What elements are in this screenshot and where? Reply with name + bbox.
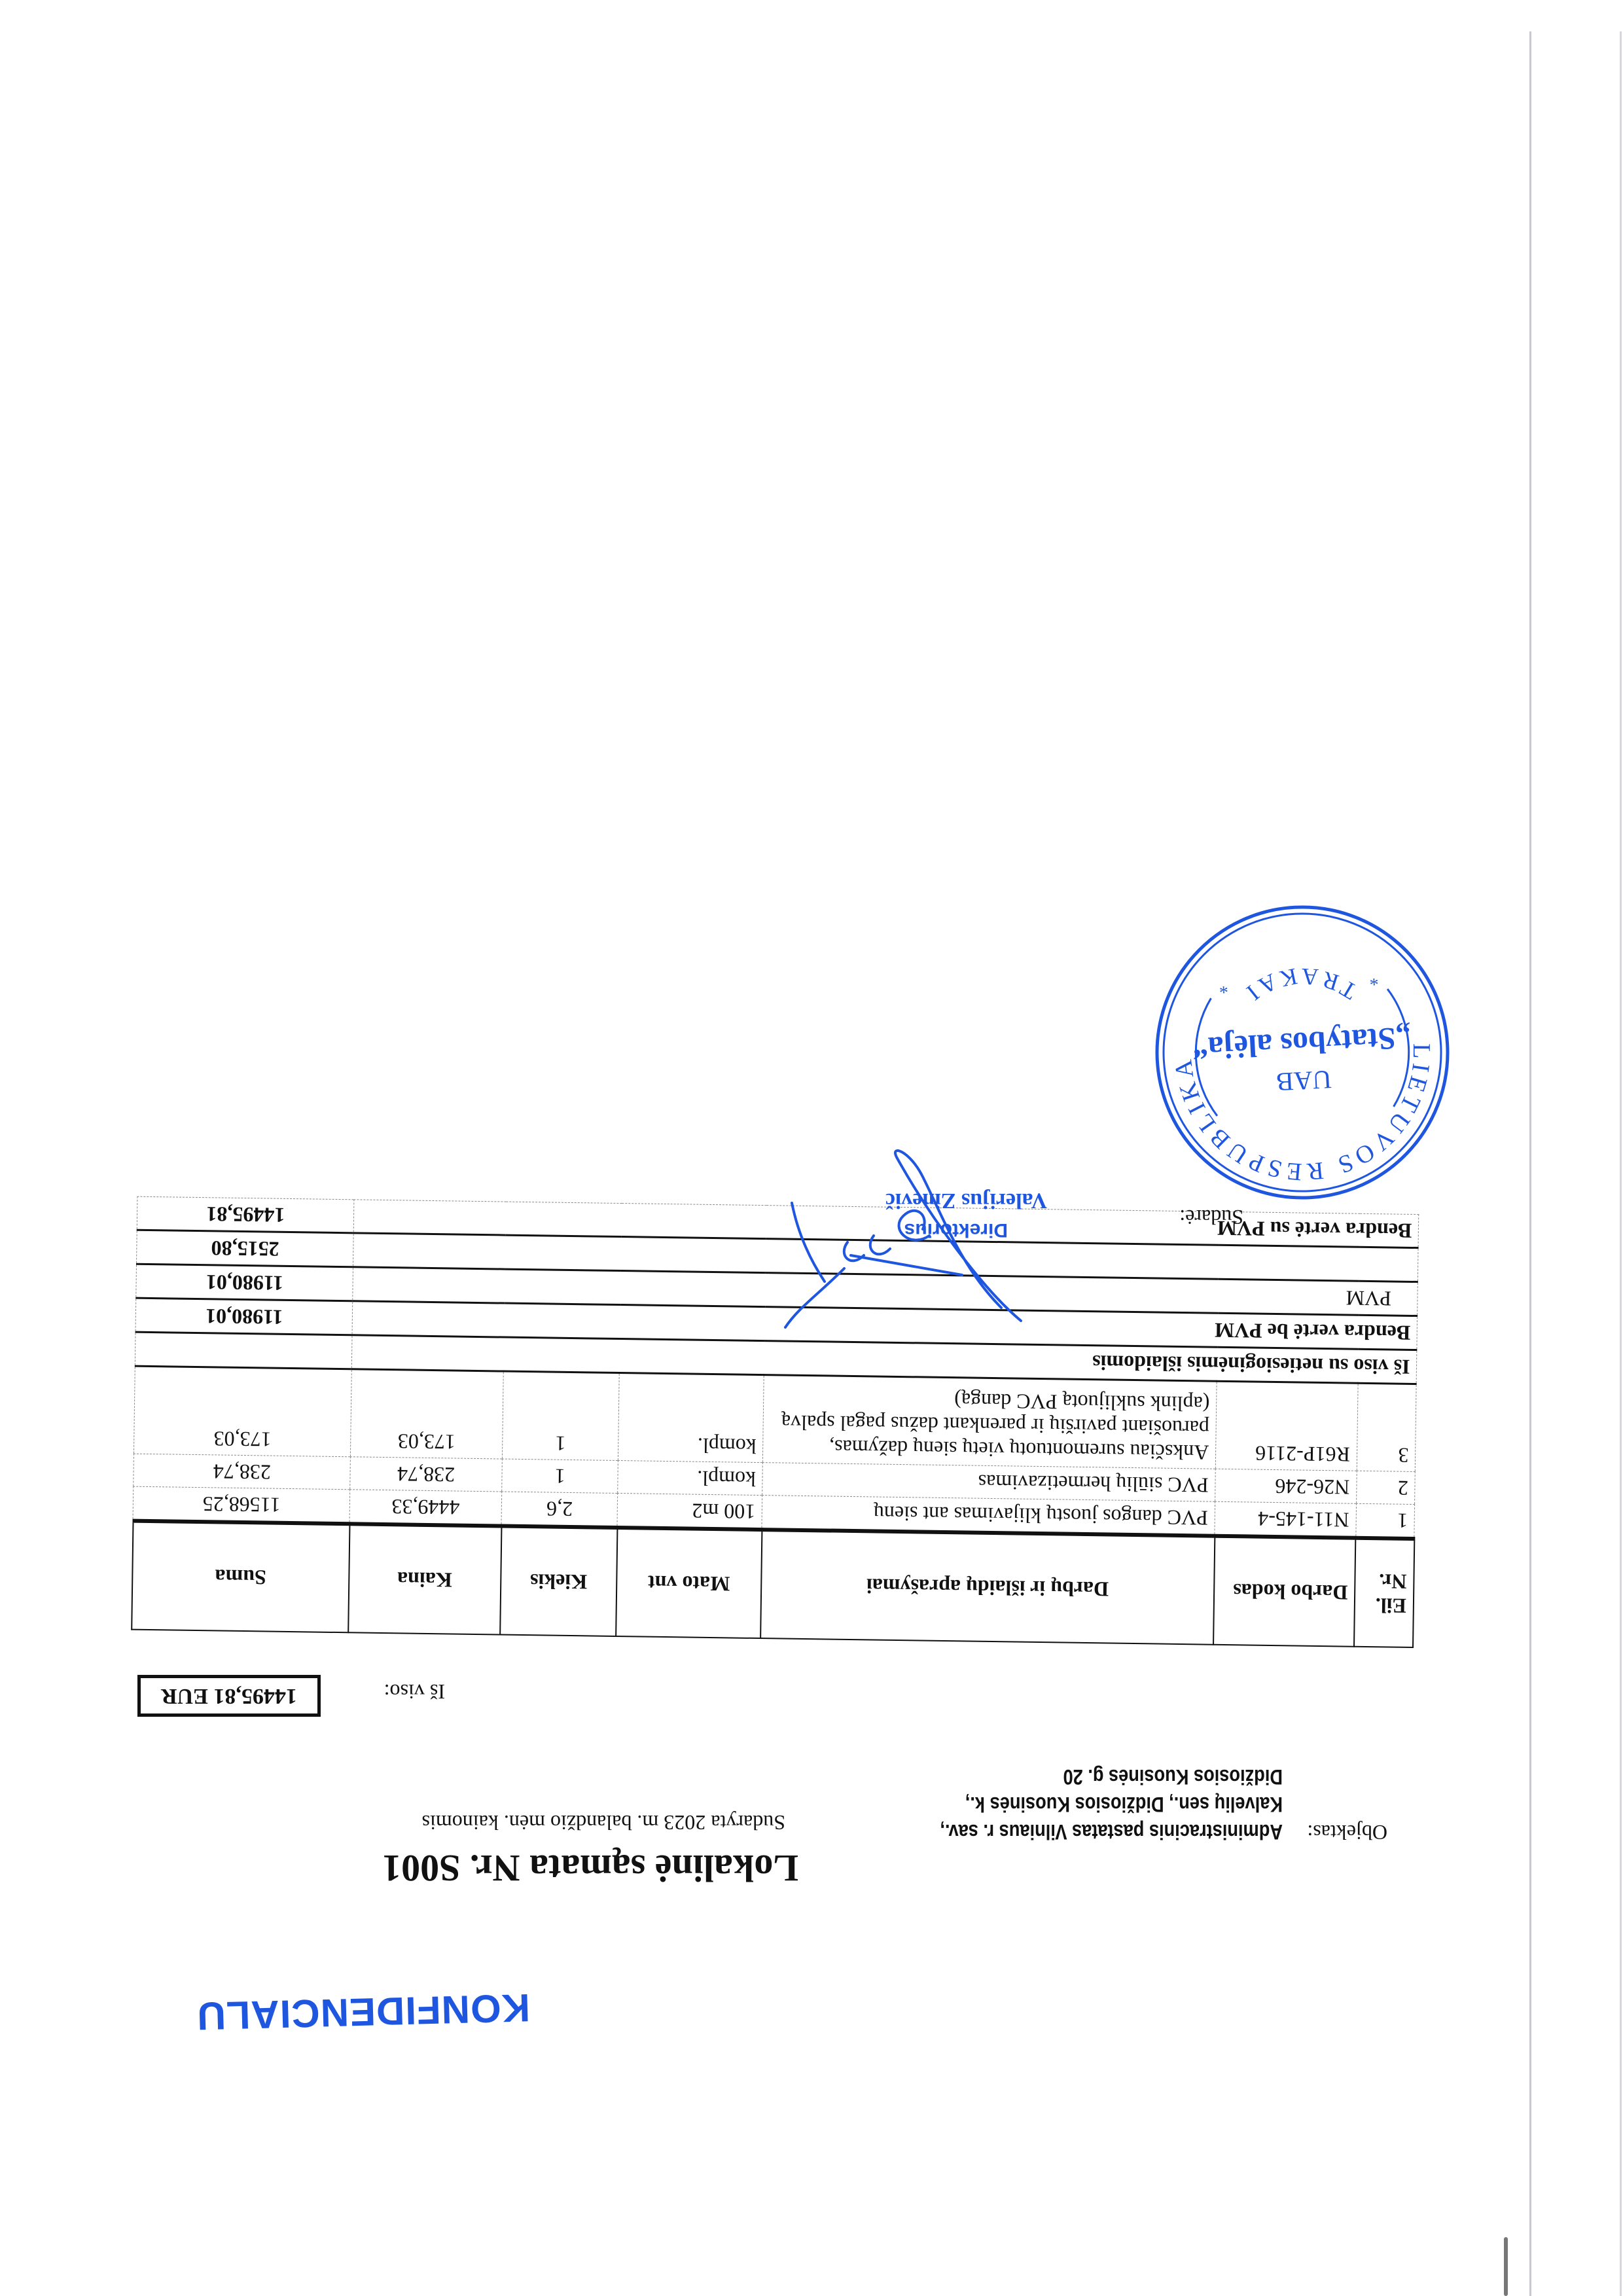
staple-mark [1504,2237,1508,2296]
signer-name: Valerijus Zinevič [885,1188,1047,1213]
scan-artifact-line [1529,31,1531,2296]
table-row: 3 R61P-2116 Anksčiau suremontuotų vietų … [134,1366,1417,1471]
scanned-page: KONFIDENCIALU Objektas: Administracinis … [0,0,1623,2296]
cell-price: 173,03 [350,1369,503,1459]
cell-nr: 2 [1356,1471,1415,1504]
header-quantity: Kiekis [500,1526,618,1636]
seal-star-icon: * [1368,969,1379,990]
total-label: Iš viso: [384,1679,445,1704]
scan-artifact-line [1620,31,1622,2296]
seal-company-type: UAB [1275,1065,1332,1097]
header-description: Darbų ir išlaidų aprašymai [760,1530,1215,1645]
object-line: Kalvelių sen., Didžiosios Kuosinės k., [893,1791,1283,1818]
object-address: Administracinis pastatas Vilniaus r. sav… [893,1763,1283,1846]
seal-city-text: TRAKAI [1236,960,1363,1011]
cell-code: R61P-2116 [1215,1381,1357,1471]
header-nr: Eil. Nr. [1354,1538,1414,1647]
cell-price: 238,74 [350,1457,503,1492]
svg-text:TRAKAI: TRAKAI [1236,960,1363,1011]
header-code: Darbo kodas [1213,1536,1356,1647]
total-value-box: 14495,81 EUR [137,1675,321,1717]
table-header-row: Eil. Nr. Darbo kodas Darbų ir išlaidų ap… [132,1521,1414,1647]
cell-unit: kompl. [618,1373,764,1463]
cell-sum: 11568,25 [134,1486,350,1524]
header-price: Kaina [348,1524,501,1634]
cell-description: Anksčiau suremontuotų vietų sienų dažyma… [763,1375,1217,1469]
signature-icon [772,1138,1060,1347]
signer-title: Direktorius [904,1219,1008,1241]
seal-star-icon: * [1219,977,1229,997]
document-title: Lokalinė sąmata Nr. S001 [382,1846,798,1890]
cell-sum: 173,03 [134,1366,351,1457]
object-label: Objektas: [1307,1820,1387,1844]
cell-nr: 3 [1357,1383,1417,1471]
cell-price: 4449,33 [349,1490,502,1526]
summary-value: 2515,80 [137,1230,353,1267]
header-unit: Mato vnt [616,1528,762,1638]
cell-nr: 1 [1356,1503,1415,1539]
cell-quantity: 2,6 [501,1492,618,1528]
object-line: Didžiosios Kuosinės g. 20 [893,1763,1283,1791]
confidential-stamp: KONFIDENCIALU [222,1985,531,2038]
cell-code: N11-145-4 [1215,1501,1356,1538]
summary-value: 14495,81 [137,1196,354,1233]
cell-unit: 100 m2 [617,1494,762,1530]
cell-description: PVC dangos juostų klijavimas ant sienų [762,1496,1215,1536]
seal-company-name: „Statybos alėja“ [1192,1020,1412,1066]
header-sum: Suma [132,1521,349,1633]
company-seal-icon: LIETUVOS RESPUBLIKA UAB „Statybos alėja“… [1144,894,1460,1210]
cell-quantity: 1 [502,1459,618,1493]
cell-code: N26-246 [1215,1469,1357,1503]
cell-unit: kompl. [618,1461,763,1496]
document-subtitle: Sudaryta 2023 m. balandžio mėn. kainomis [422,1810,785,1835]
cell-sum: 238,74 [134,1454,350,1490]
cell-quantity: 1 [502,1371,619,1460]
object-line: Administracinis pastatas Vilniaus r. sav… [893,1818,1283,1846]
cell-description: PVC siūlių hermetizavimas [762,1463,1215,1502]
summary-value: 11980,01 [136,1264,353,1301]
summary-value: 11980,01 [136,1298,353,1335]
summary-value [135,1332,352,1369]
